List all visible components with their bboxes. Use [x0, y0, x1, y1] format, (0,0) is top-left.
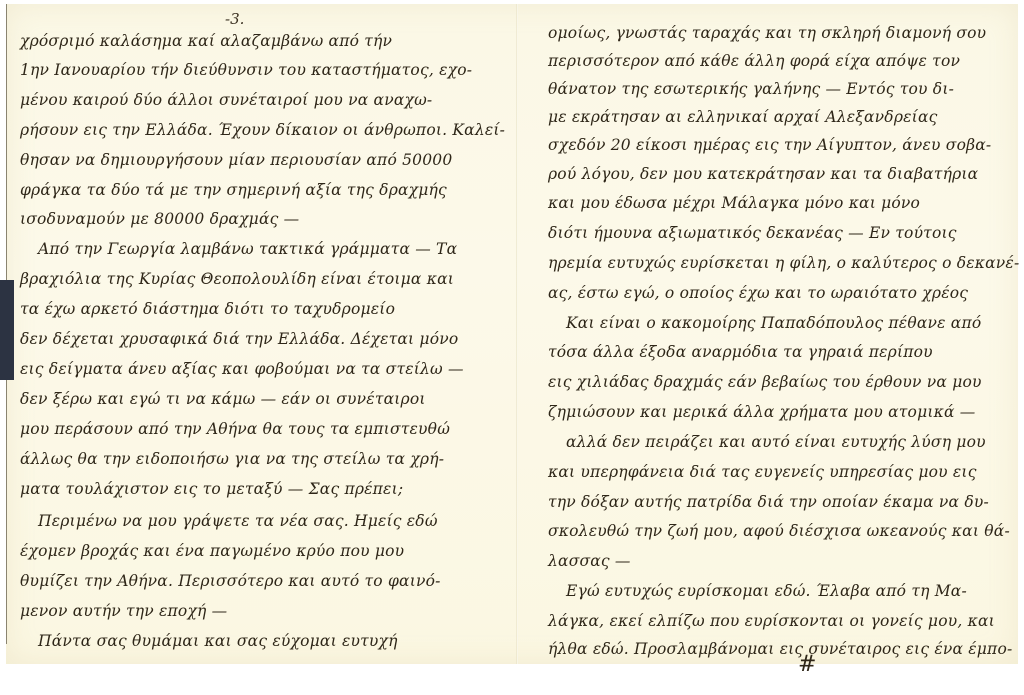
left-line-12: εις δείγματα άνευ αξίας και φοβούμαι να … — [20, 360, 464, 378]
right-line-3: θάνατον της εσωτερικής γαλήνης — Εντός τ… — [548, 80, 954, 98]
right-line-10: ας, έστω εγώ, ο οποίος έχω και το ωραιότ… — [548, 284, 968, 302]
left-line-21: Πάντα σας θυμάμαι και σας εύχομαι ευτυχή — [38, 632, 398, 650]
left-line-16: ματα τουλάχιστον εις το μεταξύ — Σας πρέ… — [20, 480, 403, 498]
page-fold — [516, 4, 518, 664]
right-line-1: ομοίως, γνωστάς ταραχάς και τη σκληρή δι… — [548, 24, 986, 42]
scanned-letter: -3. χρόσριμό καλάσημα καί αλαζαμβάνω από… — [0, 0, 1024, 695]
right-line-9: ηρεμία ευτυχώς ευρίσκεται η φίλη, ο καλύ… — [548, 254, 1019, 272]
right-line-22: ήλθα εδώ. Προσλαμβάνομαι εις συνέταιρος … — [548, 640, 1012, 658]
right-line-16: και υπερηφάνεια διά τας ευγενείς υπηρεσί… — [548, 463, 977, 481]
page-number: -3. — [225, 10, 244, 28]
left-line-17: Περιμένω να μου γράψετε τα νέα σας. Ημεί… — [38, 512, 438, 530]
left-line-8: Από την Γεωργία λαμβάνω τακτικά γράμματα… — [38, 240, 457, 258]
left-line-6: φράγκα τα δύο τά με την σημερινή αξία τη… — [20, 181, 447, 199]
right-line-17: την δόξαν αυτής πατρίδα διά την οποίαν έ… — [548, 493, 989, 511]
right-line-2: περισσότερον από κάθε άλλη φορά είχα από… — [548, 52, 960, 70]
right-line-8: διότι ήμουνα αξιωματικός δεκανέας — Εν τ… — [548, 224, 957, 242]
right-line-6: ρού λόγου, δεν μου κατεκράτησαν και τα δ… — [548, 165, 978, 183]
right-line-20: Εγώ ευτυχώς ευρίσκομαι εδώ. Έλαβα από τη… — [566, 582, 967, 600]
left-line-15: άλλως θα την ειδοποιήσω για να της στείλ… — [20, 450, 444, 468]
left-line-9: βραχιόλια της Κυρίας Θεοπολουλίδη είναι … — [20, 270, 454, 288]
left-line-20: μενον αυτήν την εποχή — — [20, 602, 227, 620]
right-line-7: και μου έδωσα μέχρι Μάλαγκα μόνο και μόν… — [548, 194, 920, 212]
right-line-13: εις χιλιάδας δραχμάς εάν βεβαίως του έρθ… — [548, 373, 982, 391]
right-line-4: με εκράτησαν αι ελληνικαί αρχαί Αλεξανδρ… — [548, 108, 938, 126]
right-line-15: αλλά δεν πειράζει και αυτό είναι ευτυχής… — [566, 433, 986, 451]
right-line-5: σχεδόν 20 είκοσι ημέρας εις την Αίγυπτον… — [548, 136, 991, 154]
left-line-4: ρήσουν εις την Ελλάδα. Έχουν δίκαιον οι … — [20, 121, 505, 139]
scanner-binder-bar — [0, 280, 14, 380]
left-line-1: χρόσριμό καλάσημα καί αλαζαμβάνω από τήν — [20, 32, 392, 50]
left-line-7: ισοδυναμούν με 80000 δραχμάς — — [20, 210, 299, 228]
left-line-3: μένου καιρού δύο άλλοι συνέταιροί μου να… — [20, 91, 432, 109]
left-line-2: 1ην Ιανουαρίου τήν διεύθυνσιν του καταστ… — [20, 61, 472, 79]
left-line-5: θησαν να δημιουργήσουν μίαν περιουσίαν α… — [20, 151, 452, 169]
left-line-10: τα έχω αρκετό διάστημα διότι το ταχυδρομ… — [20, 300, 395, 318]
left-line-13: δεν ξέρω και εγώ τι να κάμω — εάν οι συν… — [20, 390, 426, 408]
right-line-14: ζημιώσουν και μερικά άλλα χρήματα μου ατ… — [548, 403, 975, 421]
right-line-18: σκολευθώ την ζωή μου, αφού διέσχισα ωκεα… — [548, 522, 1010, 540]
left-page: -3. χρόσριμό καλάσημα καί αλαζαμβάνω από… — [20, 0, 515, 660]
left-line-19: θυμίζει την Αθήνα. Περισσότερο και αυτό … — [20, 572, 441, 590]
end-mark: # — [798, 652, 816, 677]
right-line-11: Και είναι ο κακομοίρης Παπαδόπουλος πέθα… — [566, 314, 981, 332]
left-line-14: μου περάσουν από την Αθήνα θα τους τα εμ… — [20, 420, 450, 438]
right-line-19: λασσας — — [548, 552, 631, 570]
right-line-12: τόσα άλλα έξοδα αναρμόδια τα γηραιά περί… — [548, 343, 933, 361]
right-page: ομοίως, γνωστάς ταραχάς και τη σκληρή δι… — [548, 0, 1018, 660]
left-line-18: έχομεν βροχάς και ένα παγωμένο κρύο που … — [20, 542, 404, 560]
right-line-21: λάγκα, εκεί ελπίζω που ευρίσκονται οι γο… — [548, 612, 995, 630]
left-line-11: δεν δέχεται χρυσαφικά διά την Ελλάδα. Δέ… — [20, 330, 458, 348]
